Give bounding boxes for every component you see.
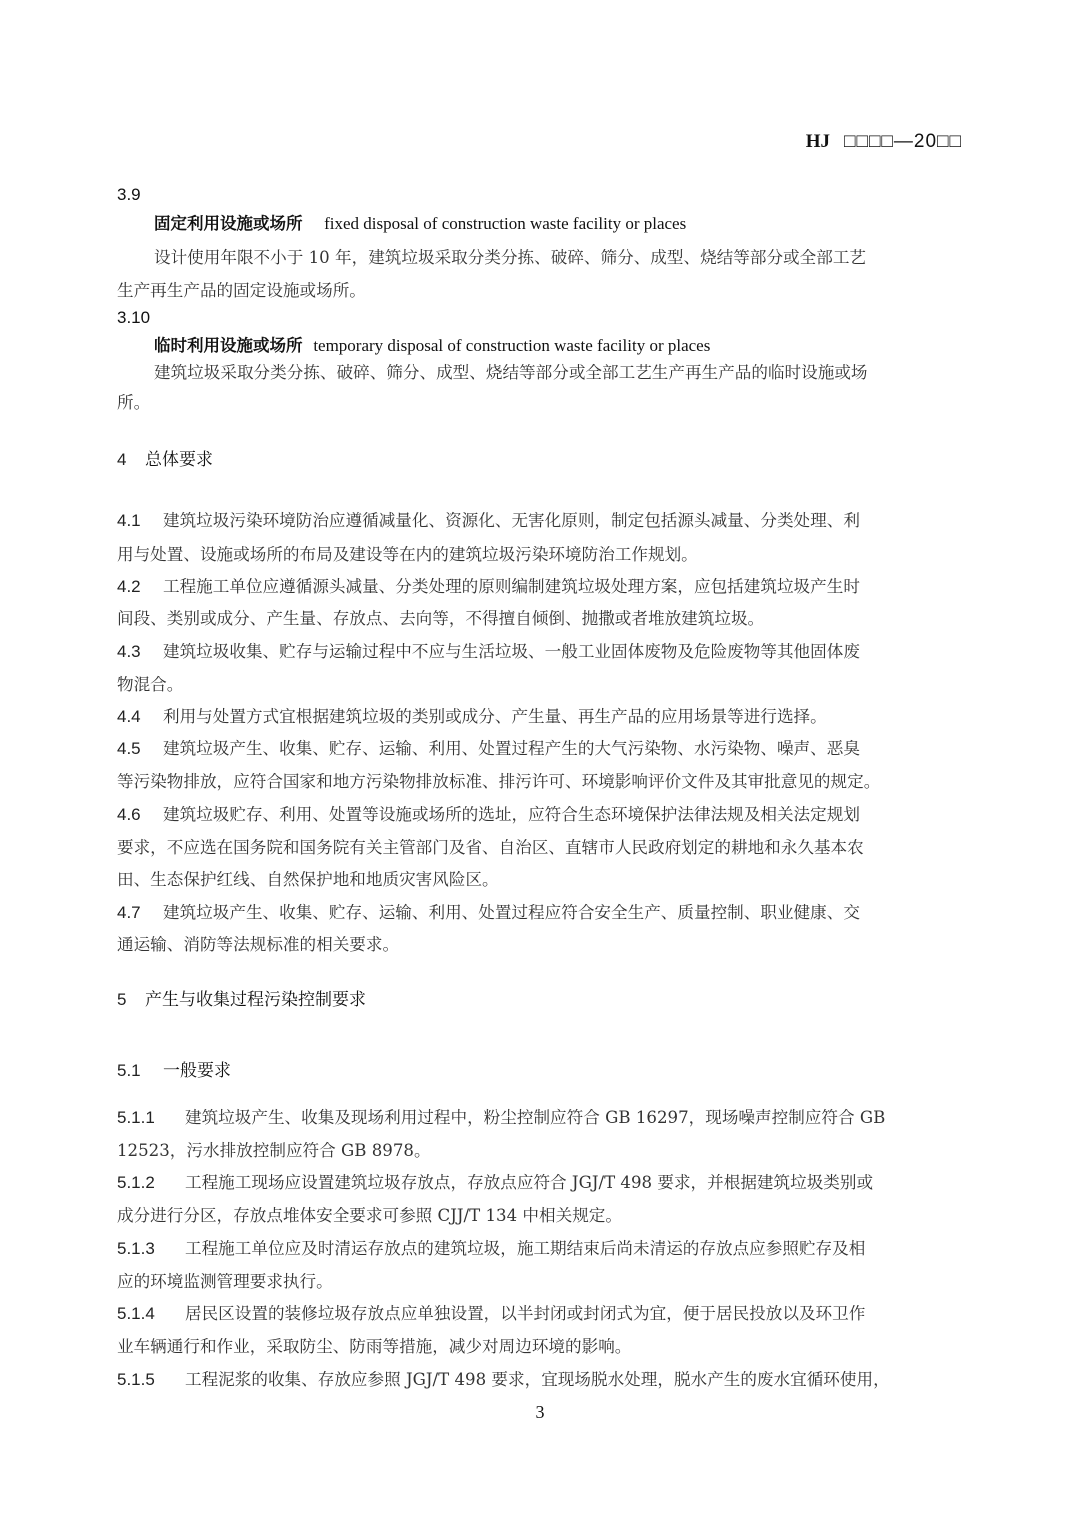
term-3-10: 临时利用设施或场所 temporary disposal of construc… [154, 336, 710, 356]
standard-number-header: HJ□□□□—20□□ [806, 130, 962, 153]
clause-5-1-4: 5.1.4居民区设置的装修垃圾存放点应单独设置，以半封闭或封闭式为宜，便于居民投… [117, 1304, 865, 1324]
clause-5-1-2: 5.1.2工程施工现场应设置建筑垃圾存放点，存放点应符合 JGJ/T 498 要… [117, 1173, 873, 1193]
document-page: HJ□□□□—20□□ 3.9 固定利用设施或场所 fixed disposal… [0, 0, 1080, 1527]
standard-number: □□□□—20□□ [844, 131, 962, 152]
clause-4-1: 4.1建筑垃圾污染环境防治应遵循减量化、资源化、无害化原则，制定包括源头减量、分… [117, 511, 860, 531]
page-number: 3 [0, 1402, 1080, 1423]
section-title: 产生与收集过程污染控制要求 [145, 990, 366, 1009]
definition-line: 设计使用年限不小于 10 年，建筑垃圾采取分类分拣、破碎、筛分、成型、烧结等部分… [154, 248, 866, 268]
clause-5-1-3: 5.1.3工程施工单位应及时清运存放点的建筑垃圾，施工期结束后尚未清运的存放点应… [117, 1239, 865, 1259]
clause-4-2: 4.2工程施工单位应遵循源头减量、分类处理的原则编制建筑垃圾处理方案，应包括建筑… [117, 577, 860, 597]
clause-continuation: 要求，不应选在国务院和国务院有关主管部门及省、自治区、直辖市人民政府划定的耕地和… [117, 838, 864, 858]
clause-continuation: 田、生态保护红线、自然保护地和地质灾害风险区。 [117, 870, 499, 890]
clause-4-7: 4.7建筑垃圾产生、收集、贮存、运输、利用、处置过程应符合安全生产、质量控制、职… [117, 903, 860, 923]
subsection-heading-5-1: 5.1一般要求 [117, 1061, 231, 1081]
section-heading-5: 5产生与收集过程污染控制要求 [117, 990, 366, 1010]
section-heading-4: 4总体要求 [117, 450, 213, 470]
clause-continuation: 通运输、消防等法规标准的相关要求。 [117, 935, 399, 955]
clause-continuation: 成分进行分区，存放点堆体安全要求可参照 CJJ/T 134 中相关规定。 [117, 1206, 622, 1226]
clause-4-4: 4.4利用与处置方式宜根据建筑垃圾的类别或成分、产生量、再生产品的应用场景等进行… [117, 707, 827, 727]
clause-continuation: 12523，污水排放控制应符合 GB 8978。 [117, 1141, 431, 1161]
standard-code: HJ [806, 131, 830, 152]
term-en: fixed disposal of construction waste fac… [324, 214, 686, 233]
term-cn: 临时利用设施或场所 [154, 336, 303, 355]
term-cn: 固定利用设施或场所 [154, 214, 303, 233]
clause-5-1-5: 5.1.5工程泥浆的收集、存放应参照 JGJ/T 498 要求，宜现场脱水处理，… [117, 1370, 890, 1390]
clause-continuation: 应的环境监测管理要求执行。 [117, 1272, 333, 1292]
clause-continuation: 业车辆通行和作业，采取防尘、防雨等措施，减少对周边环境的影响。 [117, 1337, 631, 1357]
clause-number-3-10: 3.10 [117, 308, 150, 328]
clause-continuation: 等污染物排放，应符合国家和地方污染物排放标准、排污许可、环境影响评价文件及其审批… [117, 772, 880, 792]
section-title: 总体要求 [145, 450, 213, 469]
definition-line: 生产再生产品的固定设施或场所。 [117, 281, 366, 301]
clause-continuation: 间段、类别或成分、产生量、存放点、去向等，不得擅自倾倒、抛撒或者堆放建筑垃圾。 [117, 609, 764, 629]
clause-continuation: 物混合。 [117, 675, 183, 695]
clause-4-5: 4.5建筑垃圾产生、收集、贮存、运输、利用、处置过程产生的大气污染物、水污染物、… [117, 739, 860, 759]
clause-4-3: 4.3建筑垃圾收集、贮存与运输过程中不应与生活垃圾、一般工业固体废物及危险废物等… [117, 642, 860, 662]
clause-5-1-1: 5.1.1建筑垃圾产生、收集及现场利用过程中，粉尘控制应符合 GB 16297，… [117, 1108, 885, 1128]
definition-line: 建筑垃圾采取分类分拣、破碎、筛分、成型、烧结等部分或全部工艺生产再生产品的临时设… [154, 363, 868, 383]
term-3-9: 固定利用设施或场所 fixed disposal of construction… [154, 214, 686, 234]
clause-4-6: 4.6建筑垃圾贮存、利用、处置等设施或场所的选址，应符合生态环境保护法律法规及相… [117, 805, 860, 825]
clause-continuation: 用与处置、设施或场所的布局及建设等在内的建筑垃圾污染环境防治工作规划。 [117, 545, 698, 565]
subsection-title: 一般要求 [163, 1061, 231, 1080]
term-en: temporary disposal of construction waste… [313, 336, 710, 355]
clause-number-3-9: 3.9 [117, 185, 141, 205]
definition-line: 所。 [117, 393, 150, 413]
